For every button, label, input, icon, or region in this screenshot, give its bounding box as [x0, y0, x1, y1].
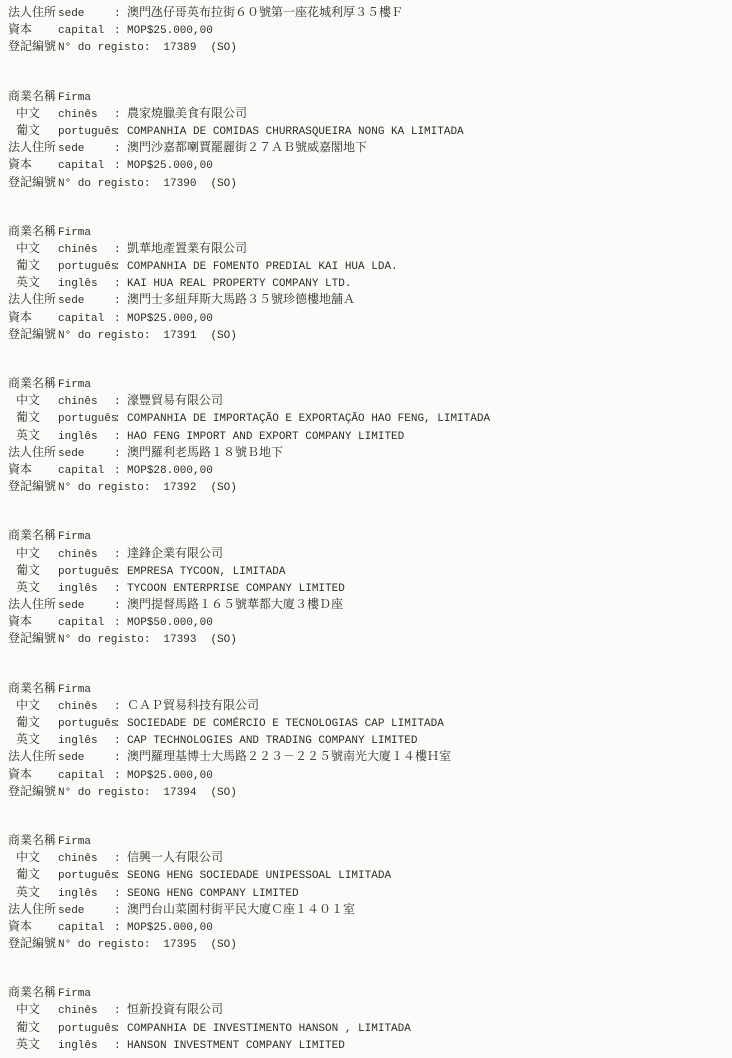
registration-number: 17390 [163, 176, 196, 193]
registo-label-pt: N° do registo: [58, 785, 150, 802]
field-label-pt: chinês [58, 107, 114, 124]
field-row: 資本capital:MOP$25.000,00 [8, 767, 726, 784]
colon-separator: : [114, 1003, 127, 1020]
field-row: 中文chinês:信興一人有限公司 [8, 850, 726, 867]
field-row: 法人住所sede:澳門士多紐拜斯大馬路３５號珍德樓地舖Ａ [8, 292, 726, 309]
field-row: 英文inglês:CAP TECHNOLOGIES AND TRADING CO… [8, 732, 726, 749]
field-label-pt: capital [58, 615, 114, 632]
colon-separator: : [114, 6, 127, 23]
registration-suffix: (SO) [210, 785, 236, 802]
field-label-pt: sede [58, 293, 114, 310]
field-row: 英文inglês:HANSON INVESTMENT COMPANY LIMIT… [8, 1037, 726, 1054]
colon-separator: : [114, 564, 127, 581]
colon-separator: : [114, 768, 127, 785]
colon-separator: : [114, 141, 127, 158]
registration-number-row: 登記編號N° do registo:17390(SO) [8, 175, 726, 192]
colon-separator: : [114, 1038, 127, 1055]
field-row: 英文inglês:HAO FENG IMPORT AND EXPORT COMP… [8, 428, 726, 445]
registo-label-pt: N° do registo: [58, 176, 150, 193]
field-row: 資本capital:MOP$25.000,00 [8, 157, 726, 174]
firma-label-zh: 商業名稱 [8, 681, 58, 698]
registo-label-pt: N° do registo: [58, 40, 150, 57]
field-label-zh: 資本 [8, 919, 58, 936]
colon-separator: : [114, 23, 127, 40]
field-label-zh: 葡文 [8, 715, 58, 732]
field-label-zh: 法人住所 [8, 445, 58, 462]
registry-entry: 商業名稱Firma中文chinês:信興一人有限公司葡文português:SE… [8, 833, 726, 953]
field-label-zh: 英文 [8, 885, 58, 902]
field-label-pt: inglês [58, 733, 114, 750]
field-row: 英文inglês:SEONG HENG COMPANY LIMITED [8, 885, 726, 902]
field-value: ＣＡＰ貿易科技有限公司 [127, 698, 259, 715]
field-value: COMPANHIA DE INVESTIMENTO HANSON , LIMIT… [127, 1021, 411, 1038]
field-label-zh: 英文 [8, 580, 58, 597]
field-label-zh: 英文 [8, 732, 58, 749]
registo-label-zh: 登記編號 [8, 784, 58, 801]
field-label-pt: português [58, 868, 114, 885]
field-row: 法人住所sede:澳門氹仔哥英布拉街６０號第一座花城利厚３５樓Ｆ [8, 5, 726, 22]
field-value: 澳門台山菜園村街平民大廈Ｃ座１４０１室 [127, 902, 355, 919]
firma-label-pt: Firma [58, 225, 114, 242]
entry-header-row: 商業名稱Firma [8, 89, 726, 106]
registo-label-pt: N° do registo: [58, 632, 150, 649]
registo-label-pt: N° do registo: [58, 937, 150, 954]
field-label-pt: português [58, 411, 114, 428]
field-value: MOP$50.000,00 [127, 615, 213, 632]
field-value: SEONG HENG COMPANY LIMITED [127, 886, 299, 903]
field-value: 達鋒企業有限公司 [127, 546, 223, 563]
field-row: 葡文português:EMPRESA TYCOON, LIMITADA [8, 563, 726, 580]
field-row: 葡文português:SEONG HENG SOCIEDADE UNIPESS… [8, 867, 726, 884]
field-label-pt: capital [58, 311, 114, 328]
registry-entry: 商業名稱Firma中文chinês:凱華地產置業有限公司葡文português:… [8, 224, 726, 344]
field-label-pt: chinês [58, 1003, 114, 1020]
field-row: 法人住所sede:澳門提督馬路１６５號華都大廈３樓Ｄ座 [8, 597, 726, 614]
firma-label-zh: 商業名稱 [8, 985, 58, 1002]
field-label-zh: 葡文 [8, 1020, 58, 1037]
field-row: 葡文português:SOCIEDADE DE COMÉRCIO E TECN… [8, 715, 726, 732]
field-value: MOP$25.000,00 [127, 920, 213, 937]
field-label-pt: sede [58, 6, 114, 23]
colon-separator: : [114, 868, 127, 885]
registration-number: 17395 [163, 937, 196, 954]
registration-number: 17392 [163, 480, 196, 497]
colon-separator: : [114, 716, 127, 733]
field-label-pt: português [58, 716, 114, 733]
field-label-zh: 法人住所 [8, 902, 58, 919]
field-value: COMPANHIA DE COMIDAS CHURRASQUEIRA NONG … [127, 124, 464, 141]
field-value: 澳門氹仔哥英布拉街６０號第一座花城利厚３５樓Ｆ [127, 5, 403, 22]
firma-label-pt: Firma [58, 90, 114, 107]
field-label-zh: 資本 [8, 157, 58, 174]
field-label-pt: chinês [58, 242, 114, 259]
colon-separator: : [114, 311, 127, 328]
registo-label-zh: 登記編號 [8, 175, 58, 192]
field-value: MOP$25.000,00 [127, 311, 213, 328]
registration-number-row: 登記編號N° do registo:17393(SO) [8, 631, 726, 648]
field-label-zh: 資本 [8, 614, 58, 631]
field-value: MOP$25.000,00 [127, 158, 213, 175]
field-label-zh: 法人住所 [8, 292, 58, 309]
field-value: 凱華地產置業有限公司 [127, 241, 247, 258]
colon-separator: : [114, 158, 127, 175]
entry-header-row: 商業名稱Firma [8, 833, 726, 850]
field-label-zh: 法人住所 [8, 749, 58, 766]
field-label-pt: capital [58, 158, 114, 175]
field-value: 恒新投資有限公司 [127, 1002, 223, 1019]
field-row: 資本capital:MOP$25.000,00 [8, 919, 726, 936]
field-label-zh: 資本 [8, 767, 58, 784]
registration-suffix: (SO) [210, 40, 236, 57]
entry-header-row: 商業名稱Firma [8, 376, 726, 393]
field-label-pt: capital [58, 463, 114, 480]
firma-label-zh: 商業名稱 [8, 224, 58, 241]
registry-entry: 商業名稱Firma中文chinês:ＣＡＰ貿易科技有限公司葡文português… [8, 681, 726, 801]
colon-separator: : [114, 699, 127, 716]
firma-label-pt: Firma [58, 377, 114, 394]
registration-suffix: (SO) [210, 328, 236, 345]
colon-separator: : [114, 242, 127, 259]
registo-label-zh: 登記編號 [8, 39, 58, 56]
field-row: 中文chinês:恒新投資有限公司 [8, 1002, 726, 1019]
field-value: MOP$25.000,00 [127, 768, 213, 785]
field-label-zh: 英文 [8, 275, 58, 292]
registry-entry: 商業名稱Firma中文chinês:達鋒企業有限公司葡文português:EM… [8, 528, 726, 648]
field-label-zh: 中文 [8, 1002, 58, 1019]
field-value: 澳門士多紐拜斯大馬路３５號珍德樓地舖Ａ [127, 292, 355, 309]
field-label-pt: chinês [58, 851, 114, 868]
field-label-zh: 資本 [8, 462, 58, 479]
field-value: TYCOON ENTERPRISE COMPANY LIMITED [127, 581, 345, 598]
registration-number: 17389 [163, 40, 196, 57]
registration-number: 17391 [163, 328, 196, 345]
field-label-pt: português [58, 564, 114, 581]
field-label-zh: 英文 [8, 428, 58, 445]
colon-separator: : [114, 463, 127, 480]
field-label-zh: 英文 [8, 1037, 58, 1054]
registo-label-zh: 登記編號 [8, 479, 58, 496]
colon-separator: : [114, 733, 127, 750]
field-label-zh: 法人住所 [8, 140, 58, 157]
field-label-zh: 法人住所 [8, 5, 58, 22]
field-label-zh: 中文 [8, 106, 58, 123]
field-label-zh: 資本 [8, 310, 58, 327]
colon-separator: : [114, 429, 127, 446]
field-label-pt: inglês [58, 429, 114, 446]
field-value: 信興一人有限公司 [127, 850, 223, 867]
field-label-pt: inglês [58, 1038, 114, 1055]
field-label-zh: 葡文 [8, 867, 58, 884]
registration-number-row: 登記編號N° do registo:17389(SO) [8, 39, 726, 56]
registration-suffix: (SO) [210, 632, 236, 649]
colon-separator: : [114, 750, 127, 767]
field-row: 中文chinês:濠豐貿易有限公司 [8, 393, 726, 410]
field-label-pt: capital [58, 768, 114, 785]
colon-separator: : [114, 903, 127, 920]
field-label-zh: 葡文 [8, 123, 58, 140]
field-label-pt: sede [58, 598, 114, 615]
field-row: 資本capital:MOP$25.000,00 [8, 22, 726, 39]
registo-label-pt: N° do registo: [58, 480, 150, 497]
field-label-pt: chinês [58, 547, 114, 564]
field-label-pt: capital [58, 920, 114, 937]
firma-label-zh: 商業名稱 [8, 528, 58, 545]
field-value: 澳門羅利老馬路１８號Ｂ地下 [127, 445, 283, 462]
field-label-zh: 中文 [8, 241, 58, 258]
colon-separator: : [114, 615, 127, 632]
field-row: 葡文português:COMPANHIA DE IMPORTAÇÃO E EX… [8, 410, 726, 427]
field-label-zh: 葡文 [8, 410, 58, 427]
registo-label-zh: 登記編號 [8, 631, 58, 648]
registo-label-pt: N° do registo: [58, 328, 150, 345]
colon-separator: : [114, 581, 127, 598]
field-label-pt: chinês [58, 394, 114, 411]
colon-separator: : [114, 411, 127, 428]
field-label-pt: inglês [58, 581, 114, 598]
field-row: 資本capital:MOP$50.000,00 [8, 614, 726, 631]
field-label-pt: sede [58, 446, 114, 463]
registo-label-zh: 登記編號 [8, 327, 58, 344]
entry-header-row: 商業名稱Firma [8, 681, 726, 698]
firma-label-pt: Firma [58, 986, 114, 1003]
field-row: 資本capital:MOP$28.000,00 [8, 462, 726, 479]
field-row: 資本capital:MOP$25.000,00 [8, 310, 726, 327]
entry-header-row: 商業名稱Firma [8, 985, 726, 1002]
registration-number: 17394 [163, 785, 196, 802]
colon-separator: : [114, 124, 127, 141]
colon-separator: : [114, 259, 127, 276]
field-value: CAP TECHNOLOGIES AND TRADING COMPANY LIM… [127, 733, 417, 750]
field-row: 葡文português:COMPANHIA DE COMIDAS CHURRAS… [8, 123, 726, 140]
field-value: 農家燒臘美食有限公司 [127, 106, 247, 123]
field-value: SEONG HENG SOCIEDADE UNIPESSOAL LIMITADA [127, 868, 391, 885]
field-row: 中文chinês:ＣＡＰ貿易科技有限公司 [8, 698, 726, 715]
firma-label-pt: Firma [58, 682, 114, 699]
field-label-zh: 中文 [8, 698, 58, 715]
registry-entry-continuation: 法人住所sede:澳門氹仔哥英布拉街６０號第一座花城利厚３５樓Ｆ資本capita… [8, 5, 726, 57]
field-label-zh: 葡文 [8, 258, 58, 275]
colon-separator: : [114, 293, 127, 310]
colon-separator: : [114, 920, 127, 937]
field-value: MOP$25.000,00 [127, 23, 213, 40]
colon-separator: : [114, 886, 127, 903]
field-row: 葡文português:COMPANHIA DE INVESTIMENTO HA… [8, 1020, 726, 1037]
colon-separator: : [114, 394, 127, 411]
colon-separator: : [114, 446, 127, 463]
field-row: 中文chinês:達鋒企業有限公司 [8, 546, 726, 563]
field-value: SOCIEDADE DE COMÉRCIO E TECNOLOGIAS CAP … [127, 716, 444, 733]
firma-label-pt: Firma [58, 834, 114, 851]
registration-number: 17393 [163, 632, 196, 649]
field-row: 葡文português:COMPANHIA DE FOMENTO PREDIAL… [8, 258, 726, 275]
field-label-zh: 葡文 [8, 563, 58, 580]
firma-label-pt: Firma [58, 529, 114, 546]
field-value: 濠豐貿易有限公司 [127, 393, 223, 410]
colon-separator: : [114, 598, 127, 615]
field-row: 法人住所sede:澳門羅理基博士大馬路２２３－２２５號南光大廈１４樓Ｈ室 [8, 749, 726, 766]
entry-header-row: 商業名稱Firma [8, 528, 726, 545]
field-value: HAO FENG IMPORT AND EXPORT COMPANY LIMIT… [127, 429, 404, 446]
field-label-pt: inglês [58, 276, 114, 293]
field-label-zh: 中文 [8, 546, 58, 563]
field-value: EMPRESA TYCOON, LIMITADA [127, 564, 285, 581]
field-label-pt: sede [58, 903, 114, 920]
registration-suffix: (SO) [210, 480, 236, 497]
registration-number-row: 登記編號N° do registo:17395(SO) [8, 936, 726, 953]
field-value: 澳門提督馬路１６５號華都大廈３樓Ｄ座 [127, 597, 343, 614]
field-value: HANSON INVESTMENT COMPANY LIMITED [127, 1038, 345, 1055]
field-value: KAI HUA REAL PROPERTY COMPANY LTD. [127, 276, 351, 293]
field-value: MOP$28.000,00 [127, 463, 213, 480]
registration-number-row: 登記編號N° do registo:17392(SO) [8, 479, 726, 496]
firma-label-zh: 商業名稱 [8, 833, 58, 850]
colon-separator: : [114, 547, 127, 564]
registry-entry: 商業名稱Firma中文chinês:恒新投資有限公司葡文português:CO… [8, 985, 726, 1054]
registo-label-zh: 登記編號 [8, 936, 58, 953]
registry-entry: 商業名稱Firma中文chinês:農家燒臘美食有限公司葡文português:… [8, 89, 726, 192]
field-label-zh: 法人住所 [8, 597, 58, 614]
field-label-pt: português [58, 124, 114, 141]
colon-separator: : [114, 276, 127, 293]
colon-separator: : [114, 851, 127, 868]
registration-number-row: 登記編號N° do registo:17394(SO) [8, 784, 726, 801]
field-label-pt: português [58, 1021, 114, 1038]
field-label-pt: sede [58, 750, 114, 767]
field-label-pt: português [58, 259, 114, 276]
field-row: 英文inglês:KAI HUA REAL PROPERTY COMPANY L… [8, 275, 726, 292]
registration-suffix: (SO) [210, 176, 236, 193]
field-label-zh: 中文 [8, 850, 58, 867]
registration-suffix: (SO) [210, 937, 236, 954]
field-label-pt: capital [58, 23, 114, 40]
colon-separator: : [114, 107, 127, 124]
field-row: 中文chinês:農家燒臘美食有限公司 [8, 106, 726, 123]
field-row: 法人住所sede:澳門沙嘉都喇賈罷麗街２７ＡＢ號威嘉閣地下 [8, 140, 726, 157]
field-label-zh: 中文 [8, 393, 58, 410]
field-value: COMPANHIA DE FOMENTO PREDIAL KAI HUA LDA… [127, 259, 398, 276]
field-value: 澳門羅理基博士大馬路２２３－２２５號南光大廈１４樓Ｈ室 [127, 749, 451, 766]
field-row: 中文chinês:凱華地產置業有限公司 [8, 241, 726, 258]
entry-header-row: 商業名稱Firma [8, 224, 726, 241]
registry-document: 法人住所sede:澳門氹仔哥英布拉街６０號第一座花城利厚３５樓Ｆ資本capita… [0, 0, 732, 1058]
field-value: 澳門沙嘉都喇賈罷麗街２７ＡＢ號威嘉閣地下 [127, 140, 367, 157]
field-value: COMPANHIA DE IMPORTAÇÃO E EXPORTAÇÃO HAO… [127, 411, 490, 428]
field-row: 法人住所sede:澳門台山菜園村街平民大廈Ｃ座１４０１室 [8, 902, 726, 919]
firma-label-zh: 商業名稱 [8, 89, 58, 106]
field-label-zh: 資本 [8, 22, 58, 39]
field-row: 英文inglês:TYCOON ENTERPRISE COMPANY LIMIT… [8, 580, 726, 597]
colon-separator: : [114, 1021, 127, 1038]
field-label-pt: sede [58, 141, 114, 158]
field-row: 法人住所sede:澳門羅利老馬路１８號Ｂ地下 [8, 445, 726, 462]
field-label-pt: chinês [58, 699, 114, 716]
registration-number-row: 登記編號N° do registo:17391(SO) [8, 327, 726, 344]
firma-label-zh: 商業名稱 [8, 376, 58, 393]
field-label-pt: inglês [58, 886, 114, 903]
registry-entry: 商業名稱Firma中文chinês:濠豐貿易有限公司葡文português:CO… [8, 376, 726, 496]
